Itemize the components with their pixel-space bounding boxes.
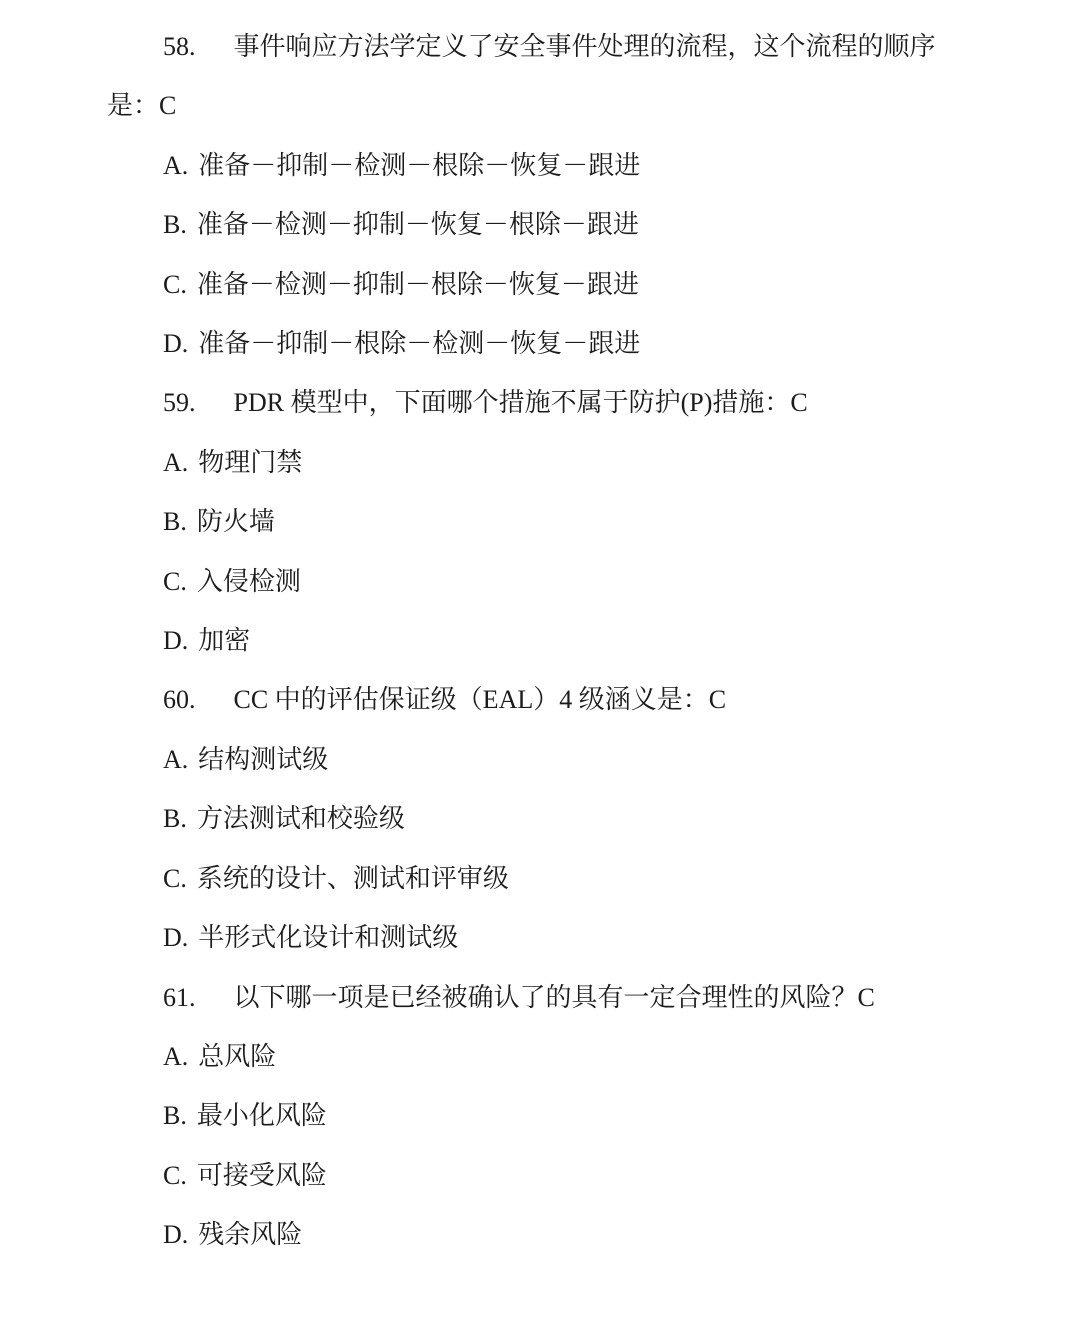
question-60-number: 60.: [163, 670, 196, 729]
question-61-stem-line1: 61.以下哪一项是已经被确认了的具有一定合理性的风险？C: [107, 968, 947, 1027]
question-58-stem-wrap-text: 是：C: [107, 91, 176, 120]
option-letter: B.: [163, 195, 187, 254]
option-letter: A.: [163, 1027, 188, 1086]
option-letter: C.: [163, 849, 187, 908]
option-letter: B.: [163, 1086, 187, 1145]
option-letter: D.: [163, 314, 188, 373]
option-letter: C.: [163, 552, 187, 611]
option-text: 准备－检测－抑制－恢复－根除－跟进: [197, 210, 639, 239]
option-text: 系统的设计、测试和评审级: [197, 864, 509, 893]
question-60-stem-line1: 60.CC 中的评估保证级（EAL）4 级涵义是：C: [107, 670, 947, 729]
question-61-option-a: A.总风险: [107, 1027, 947, 1086]
question-59-option-a: A.物理门禁: [107, 433, 947, 492]
option-text: 结构测试级: [198, 745, 328, 774]
document-page: 58.事件响应方法学定义了安全事件处理的流程，这个流程的顺序 是：C A.准备－…: [0, 0, 1067, 1321]
question-60-option-d: D.半形式化设计和测试级: [107, 908, 947, 967]
option-letter: A.: [163, 433, 188, 492]
question-60-option-a: A.结构测试级: [107, 730, 947, 789]
question-60-option-b: B.方法测试和校验级: [107, 789, 947, 848]
option-text: 残余风险: [198, 1220, 302, 1249]
question-59-option-b: B.防火墙: [107, 492, 947, 551]
option-text: 可接受风险: [197, 1161, 327, 1190]
question-61-option-c: C.可接受风险: [107, 1146, 947, 1205]
question-58-option-a: A.准备－抑制－检测－根除－恢复－跟进: [107, 136, 947, 195]
question-60-stem-text: CC 中的评估保证级（EAL）4 级涵义是：C: [234, 685, 727, 714]
question-59-number: 59.: [163, 373, 196, 432]
question-61-option-d: D.残余风险: [107, 1205, 947, 1264]
question-59-option-c: C.入侵检测: [107, 552, 947, 611]
option-text: 准备－抑制－检测－根除－恢复－跟进: [198, 151, 640, 180]
option-text: 总风险: [198, 1042, 276, 1071]
option-text: 物理门禁: [198, 448, 302, 477]
question-59-stem-line1: 59.PDR 模型中，下面哪个措施不属于防护(P)措施：C: [107, 373, 947, 432]
question-58-option-c: C.准备－检测－抑制－根除－恢复－跟进: [107, 255, 947, 314]
option-text: 准备－抑制－根除－检测－恢复－跟进: [198, 329, 640, 358]
question-58-stem-text: 事件响应方法学定义了安全事件处理的流程，这个流程的顺序: [234, 32, 936, 61]
question-58-number: 58.: [163, 17, 196, 76]
option-letter: B.: [163, 789, 187, 848]
option-letter: D.: [163, 1205, 188, 1264]
option-text: 准备－检测－抑制－根除－恢复－跟进: [197, 270, 639, 299]
question-58-option-d: D.准备－抑制－根除－检测－恢复－跟进: [107, 314, 947, 373]
question-58-stem-line1: 58.事件响应方法学定义了安全事件处理的流程，这个流程的顺序: [107, 17, 947, 76]
option-letter: C.: [163, 1146, 187, 1205]
option-letter: A.: [163, 136, 188, 195]
option-text: 防火墙: [197, 507, 275, 536]
option-text: 最小化风险: [197, 1101, 327, 1130]
option-letter: D.: [163, 611, 188, 670]
question-60-option-c: C.系统的设计、测试和评审级: [107, 849, 947, 908]
question-61-number: 61.: [163, 968, 196, 1027]
option-letter: A.: [163, 730, 188, 789]
question-58-stem-line2: 是：C: [107, 76, 947, 135]
option-text: 加密: [198, 626, 250, 655]
question-59-stem-text: PDR 模型中，下面哪个措施不属于防护(P)措施：C: [234, 388, 808, 417]
option-text: 半形式化设计和测试级: [198, 923, 458, 952]
option-letter: D.: [163, 908, 188, 967]
option-text: 入侵检测: [197, 567, 301, 596]
option-text: 方法测试和校验级: [197, 804, 405, 833]
question-59-option-d: D.加密: [107, 611, 947, 670]
question-61-stem-text: 以下哪一项是已经被确认了的具有一定合理性的风险？C: [234, 983, 875, 1012]
question-61-option-b: B.最小化风险: [107, 1086, 947, 1145]
question-58-option-b: B.准备－检测－抑制－恢复－根除－跟进: [107, 195, 947, 254]
option-letter: C.: [163, 255, 187, 314]
option-letter: B.: [163, 492, 187, 551]
